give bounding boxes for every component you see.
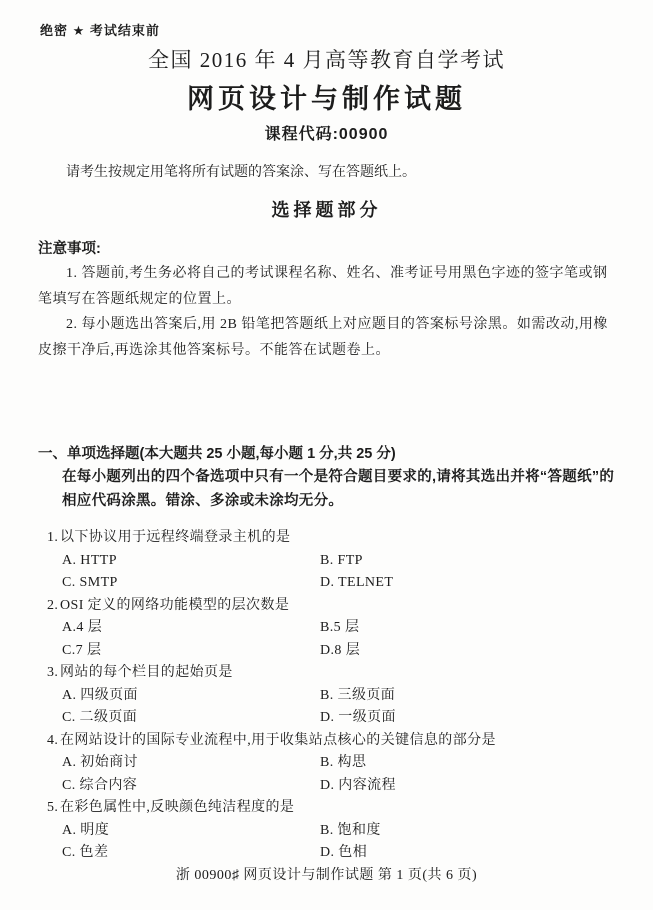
question-4-stem: 4.在网站设计的国际专业流程中,用于收集站点核心的关键信息的部分是 [47, 730, 615, 753]
part-one-subheading: 在每小题列出的四个备选项中只有一个是符合题目要求的,请将其选出并将“答题纸”的相… [62, 466, 615, 513]
question-number: 1. [47, 527, 60, 550]
question-number: 4. [47, 730, 60, 753]
option-c: C. 二级页面 [62, 707, 320, 730]
answer-sheet-instruction: 请考生按规定用笔将所有试题的答案涂、写在答题纸上。 [38, 162, 615, 184]
question-number: 5. [47, 797, 60, 820]
question-2-stem: 2.OSI 定义的网络功能模型的层次数是 [47, 595, 615, 618]
option-d: D.8 层 [320, 640, 615, 663]
exam-paper-page: 绝密 ★ 考试结束前 全国 2016 年 4 月高等教育自学考试 网页设计与制作… [0, 0, 653, 910]
option-d: D. 一级页面 [320, 707, 615, 730]
option-b: B. FTP [320, 550, 615, 573]
question-5-stem: 5.在彩色属性中,反映颜色纯洁程度的是 [47, 797, 615, 820]
paper-title: 网页设计与制作试题 [38, 83, 615, 116]
question-number: 2. [47, 595, 60, 618]
option-d: D. 色相 [320, 842, 615, 865]
option-c: C. 综合内容 [62, 775, 320, 798]
question-1: 1.以下协议用于远程终端登录主机的是 A. HTTP B. FTP C. SMT… [38, 527, 615, 595]
question-5: 5.在彩色属性中,反映颜色纯洁程度的是 A. 明度 B. 饱和度 C. 色差 D… [38, 797, 615, 865]
question-1-options: A. HTTP B. FTP C. SMTP D. TELNET [62, 550, 615, 595]
option-c: C.7 层 [62, 640, 320, 663]
question-2: 2.OSI 定义的网络功能模型的层次数是 A.4 层 B.5 层 C.7 层 D… [38, 595, 615, 663]
question-2-options: A.4 层 B.5 层 C.7 层 D.8 层 [62, 617, 615, 662]
question-list: 1.以下协议用于远程终端登录主机的是 A. HTTP B. FTP C. SMT… [38, 527, 615, 865]
question-number: 3. [47, 662, 60, 685]
option-a: A. 四级页面 [62, 685, 320, 708]
note-item-1: 1. 答题前,考生务必将自己的考试课程名称、姓名、准考证号用黑色字迹的签字笔或钢… [38, 261, 615, 312]
notes-title: 注意事项: [38, 237, 615, 261]
option-d: D. 内容流程 [320, 775, 615, 798]
section-title: 选择题部分 [38, 198, 615, 222]
option-a: A.4 层 [62, 617, 320, 640]
question-4-options: A. 初始商讨 B. 构思 C. 综合内容 D. 内容流程 [62, 752, 615, 797]
option-b: B. 三级页面 [320, 685, 615, 708]
question-3-options: A. 四级页面 B. 三级页面 C. 二级页面 D. 一级页面 [62, 685, 615, 730]
question-3: 3.网站的每个栏目的起始页是 A. 四级页面 B. 三级页面 C. 二级页面 D… [38, 662, 615, 730]
question-5-options: A. 明度 B. 饱和度 C. 色差 D. 色相 [62, 820, 615, 865]
part-one-heading: 一、单项选择题(本大题共 25 小题,每小题 1 分,共 25 分) [38, 443, 615, 466]
question-1-stem: 1.以下协议用于远程终端登录主机的是 [47, 527, 615, 550]
page-footer: 浙 00900♯ 网页设计与制作试题 第 1 页(共 6 页) [0, 864, 653, 884]
option-d: D. TELNET [320, 572, 615, 595]
note-item-2: 2. 每小题选出答案后,用 2B 铅笔把答题纸上对应题目的答案标号涂黑。如需改动… [38, 312, 615, 363]
option-b: B. 构思 [320, 752, 615, 775]
option-c: C. 色差 [62, 842, 320, 865]
option-b: B.5 层 [320, 617, 615, 640]
question-3-stem: 3.网站的每个栏目的起始页是 [47, 662, 615, 685]
course-code: 课程代码:00900 [38, 125, 615, 145]
option-c: C. SMTP [62, 572, 320, 595]
question-4: 4.在网站设计的国际专业流程中,用于收集站点核心的关键信息的部分是 A. 初始商… [38, 730, 615, 798]
option-a: A. 明度 [62, 820, 320, 843]
classification-banner: 绝密 ★ 考试结束前 [40, 20, 160, 39]
option-b: B. 饱和度 [320, 820, 615, 843]
option-a: A. HTTP [62, 550, 320, 573]
option-a: A. 初始商讨 [62, 752, 320, 775]
